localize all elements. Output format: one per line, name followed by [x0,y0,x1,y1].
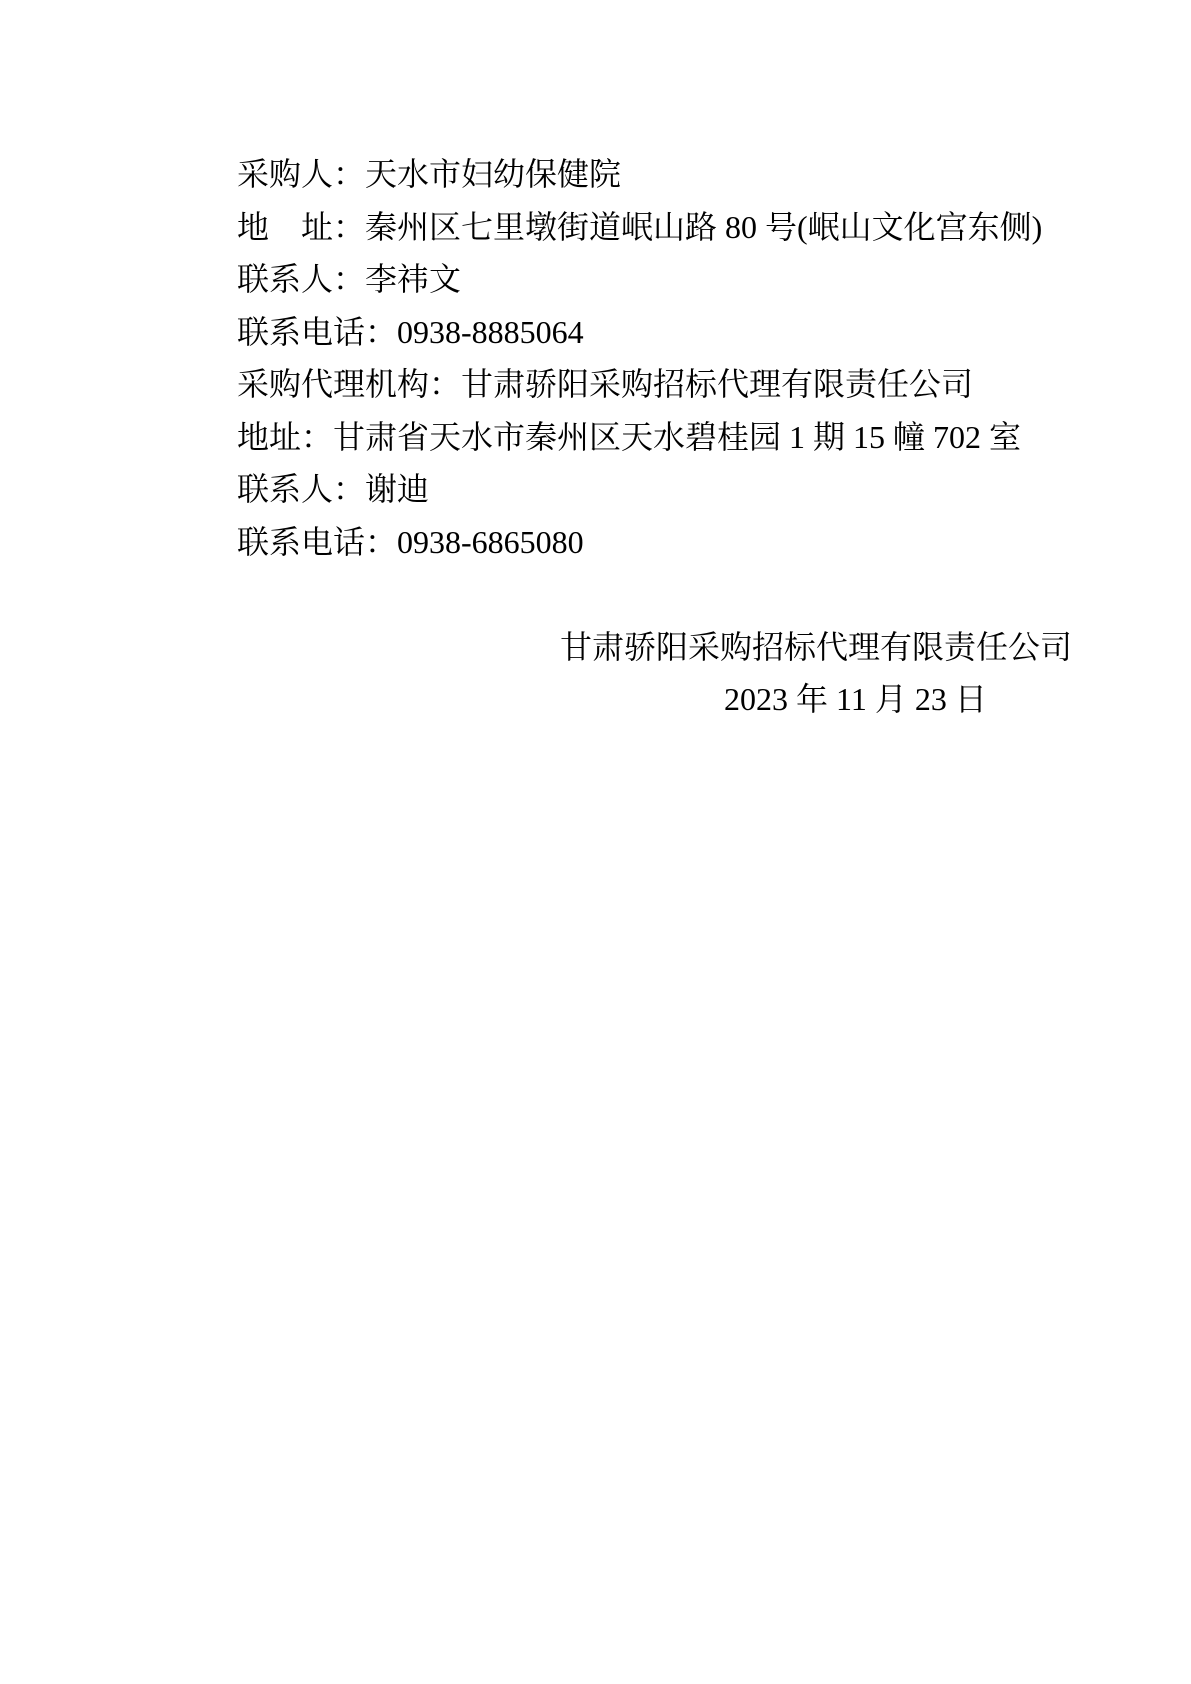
purchaser-phone-line: 联系电话：0938-8885064 [237,306,1067,359]
document-page: 采购人：天水市妇幼保健院 地 址：秦州区七里墩街道岷山路 80 号(岷山文化宫东… [0,0,1191,1684]
signature-company: 甘肃骄阳采购招标代理有限责任公司 [560,621,1067,674]
agency-phone-line: 联系电话：0938-6865080 [237,516,1067,569]
agency-address-line: 地址：甘肃省天水市秦州区天水碧桂园 1 期 15 幢 702 室 [237,411,1067,464]
agency-contact-line: 联系人：谢迪 [237,463,1067,516]
document-body: 采购人：天水市妇幼保健院 地 址：秦州区七里墩街道岷山路 80 号(岷山文化宫东… [237,148,1067,726]
agency-line: 采购代理机构：甘肃骄阳采购招标代理有限责任公司 [237,358,1067,411]
signature-date: 2023 年 11 月 23 日 [724,673,1067,726]
signature-block: 甘肃骄阳采购招标代理有限责任公司 2023 年 11 月 23 日 [237,621,1067,726]
purchaser-contact-line: 联系人：李祎文 [237,253,1067,306]
purchaser-address-line: 地 址：秦州区七里墩街道岷山路 80 号(岷山文化宫东侧) [237,201,1067,254]
purchaser-line: 采购人：天水市妇幼保健院 [237,148,1067,201]
